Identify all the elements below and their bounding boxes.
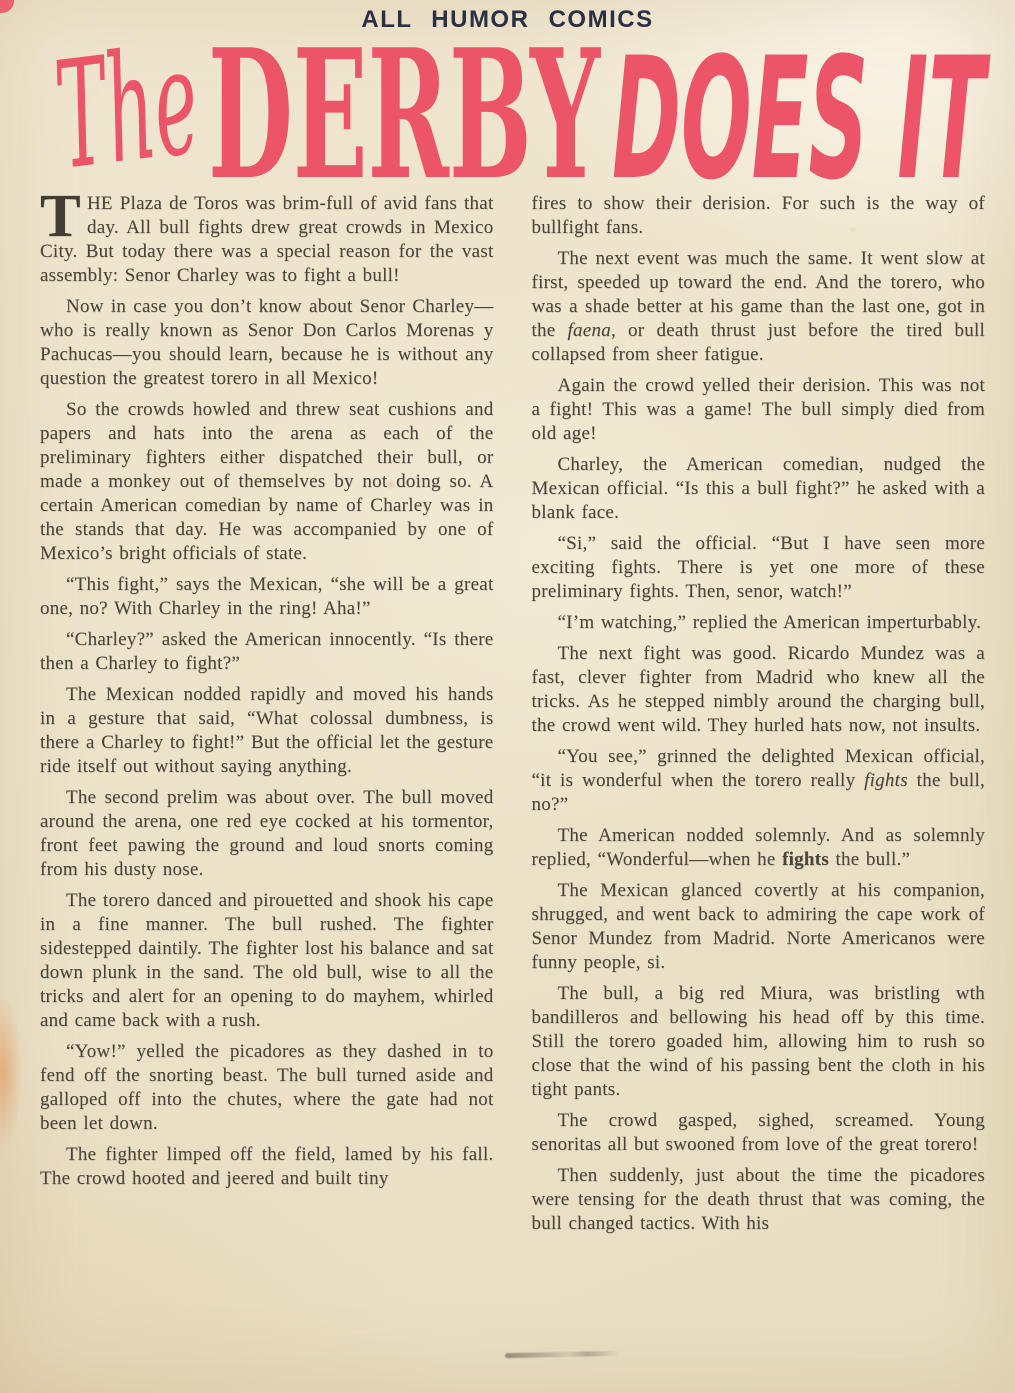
paragraph: “Si,” said the official. “But I have see…: [532, 532, 986, 604]
text-segment: The bull, a big red Miura, was bristling…: [532, 983, 986, 1100]
text-segment: “I’m watching,” replied the American imp…: [558, 612, 982, 633]
text-segment: “Charley?” asked the American innocently…: [40, 629, 494, 674]
paragraph: Now in case you don’t know about Senor C…: [40, 295, 494, 391]
paragraph: THE Plaza de Toros was brim-full of avid…: [40, 192, 494, 288]
page-edge-stain: [0, 995, 22, 1150]
text-segment: fights: [864, 770, 908, 791]
title-does-it: DOES IT: [612, 21, 991, 195]
text-segment: Charley, the American comedian, nudged t…: [532, 454, 986, 523]
paragraph: fires to show their derision. For such i…: [532, 192, 986, 240]
text-segment: the bull.”: [829, 849, 910, 870]
paragraph: The fighter limped off the field, lamed …: [40, 1143, 494, 1191]
title-derby: DERBY: [208, 10, 601, 195]
text-segment: “Yow!” yelled the picadores as they dash…: [40, 1041, 494, 1134]
paragraph: The torero danced and pirouetted and sho…: [40, 889, 494, 1033]
story-title: The DERBY DOES IT: [0, 0, 1015, 195]
text-segment: HE Plaza de Toros was brim-full of avid …: [40, 193, 494, 286]
text-segment: The crowd gasped, sighed, screamed. Youn…: [532, 1110, 986, 1155]
paragraph: The Mexican glanced covertly at his comp…: [532, 879, 986, 975]
paragraph: “This fight,” says the Mexican, “she wil…: [40, 573, 494, 621]
paragraph: The crowd gasped, sighed, screamed. Youn…: [532, 1109, 986, 1157]
text-segment: The torero danced and pirouetted and sho…: [40, 890, 494, 1031]
paragraph: “Yow!” yelled the picadores as they dash…: [40, 1040, 494, 1136]
paragraph: The next fight was good. Ricardo Mundez …: [532, 642, 986, 738]
drop-cap: T: [40, 192, 87, 240]
text-segment: Now in case you don’t know about Senor C…: [40, 296, 494, 389]
paragraph: “You see,” grinned the delighted Mexican…: [532, 745, 986, 817]
paragraph: The Mexican nodded rapidly and moved his…: [40, 683, 494, 779]
text-segment: fights: [782, 849, 829, 870]
text-segment: The American nodded solemnly. And as sol…: [532, 825, 986, 870]
text-segment: “Si,” said the official. “But I have see…: [532, 533, 986, 602]
paragraph: Then suddenly, just about the time the p…: [532, 1164, 986, 1236]
text-segment: Then suddenly, just about the time the p…: [532, 1165, 986, 1234]
pencil-smudge: [505, 1351, 620, 1358]
text-segment: The Mexican glanced covertly at his comp…: [532, 880, 986, 973]
text-segment: “This fight,” says the Mexican, “she wil…: [40, 574, 494, 619]
paragraph: “Charley?” asked the American innocently…: [40, 628, 494, 676]
comic-text-page: ALL HUMOR COMICS The DERBY DOES IT THE P…: [0, 0, 1015, 1393]
left-column: THE Plaza de Toros was brim-full of avid…: [40, 192, 494, 1243]
text-segment: The next fight was good. Ricardo Mundez …: [532, 643, 986, 736]
text-segment: Again the crowd yelled their derision. T…: [532, 375, 986, 444]
text-segment: The Mexican nodded rapidly and moved his…: [40, 684, 494, 777]
text-segment: So the crowds howled and threw seat cush…: [40, 399, 494, 564]
paragraph: The American nodded solemnly. And as sol…: [532, 824, 986, 872]
paragraph: The bull, a big red Miura, was bristling…: [532, 982, 986, 1102]
paragraph: “I’m watching,” replied the American imp…: [532, 611, 986, 635]
paragraph: The second prelim was about over. The bu…: [40, 786, 494, 882]
text-segment: The fighter limped off the field, lamed …: [40, 1144, 494, 1189]
paragraph: Charley, the American comedian, nudged t…: [532, 453, 986, 525]
paragraph: The next event was much the same. It wen…: [532, 247, 986, 367]
text-segment: fires to show their derision. For such i…: [532, 193, 986, 238]
right-column: fires to show their derision. For such i…: [532, 192, 986, 1243]
text-segment: faena: [568, 320, 611, 341]
title-script-the: The: [47, 15, 207, 195]
text-segment: The second prelim was about over. The bu…: [40, 787, 494, 880]
story-columns: THE Plaza de Toros was brim-full of avid…: [40, 192, 985, 1243]
paragraph: So the crowds howled and threw seat cush…: [40, 398, 494, 566]
paragraph: Again the crowd yelled their derision. T…: [532, 374, 986, 446]
